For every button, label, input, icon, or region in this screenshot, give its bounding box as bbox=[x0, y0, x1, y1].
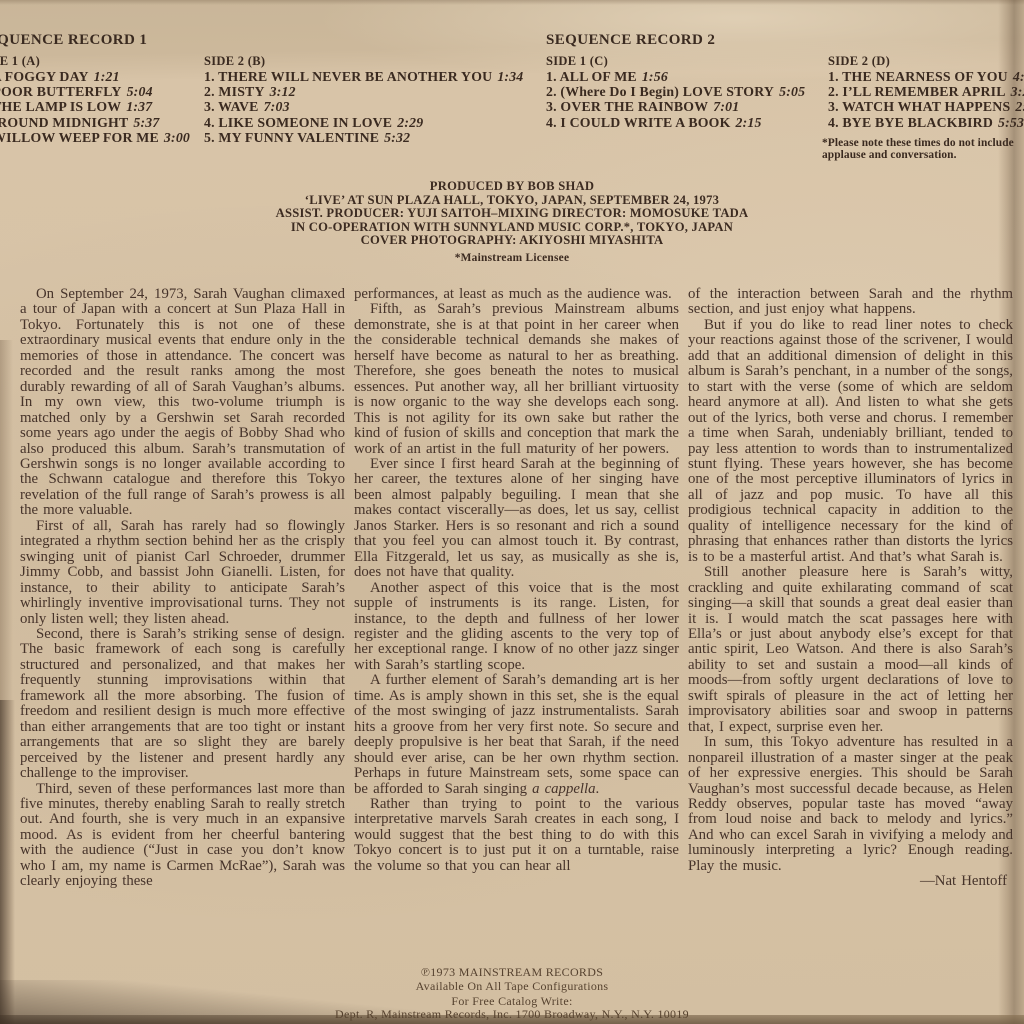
paragraph: Second, there is Sarah’s striking sense … bbox=[20, 627, 345, 782]
track-title: 3. WATCH WHAT HAPPENS bbox=[828, 99, 1010, 114]
track-title: 3. THE LAMP IS LOW bbox=[0, 99, 121, 114]
track-title: 1. A FOGGY DAY bbox=[0, 69, 89, 84]
paragraph: Ever since I first heard Sarah at the be… bbox=[354, 457, 679, 581]
track-title: 4. BYE BYE BLACKBIRD bbox=[828, 115, 993, 130]
paragraph: A further element of Sarah’s demanding a… bbox=[354, 673, 679, 797]
times-footnote: *Please note these times do not include … bbox=[822, 137, 1024, 162]
track-row: 2. MISTY3:12 bbox=[204, 84, 523, 99]
paragraph: Fifth, as Sarah’s previous Mainstream al… bbox=[354, 302, 679, 457]
track-row: 4. LIKE SOMEONE IN LOVE2:29 bbox=[204, 115, 523, 130]
credit-line: COVER PHOTOGRAPHY: AKIYOSHI MIYASHITA bbox=[0, 234, 1024, 248]
track-row: 1. ALL OF ME1:56 bbox=[546, 69, 805, 84]
track-row: 1. A FOGGY DAY1:21 bbox=[0, 69, 190, 84]
sleeve-top-crease bbox=[0, 0, 1024, 5]
sleeve-left-edge-shadow bbox=[0, 340, 13, 700]
track-row: 4. BYE BYE BLACKBIRD5:53 bbox=[828, 115, 1024, 130]
track-row: 3. WATCH WHAT HAPPENS2:5 bbox=[828, 99, 1024, 114]
track-time: 5:04 bbox=[127, 84, 153, 99]
track-time: 2:29 bbox=[397, 115, 423, 130]
paragraph: But if you do like to read liner notes t… bbox=[688, 318, 1013, 565]
production-credits: PRODUCED BY BOB SHAD ‘LIVE’ AT SUN PLAZA… bbox=[0, 180, 1024, 266]
tracklist-record2-side-d: SIDE 2 (D) 1. THE NEARNESS OF YOU4:2 2. … bbox=[828, 54, 1024, 162]
track-row: 4. I COULD WRITE A BOOK2:15 bbox=[546, 115, 805, 130]
tape-configurations-line: Available On All Tape Configurations bbox=[0, 980, 1024, 994]
liner-notes-column-1: On September 24, 1973, Sarah Vaughan cli… bbox=[20, 287, 345, 890]
track-row: 2. (Where Do I Begin) LOVE STORY5:05 bbox=[546, 84, 805, 99]
track-time: 1:21 bbox=[94, 69, 120, 84]
author-signature: —Nat Hentoff bbox=[688, 874, 1013, 889]
side-a-label: SIDE 1 (A) bbox=[0, 54, 190, 68]
liner-notes-column-3: of the interaction between Sarah and the… bbox=[688, 287, 1013, 890]
track-row: 3. WAVE7:03 bbox=[204, 99, 523, 114]
track-title: 2. I’LL REMEMBER APRIL bbox=[828, 84, 1006, 99]
track-title: 2. MISTY bbox=[204, 84, 265, 99]
paragraph: On September 24, 1973, Sarah Vaughan cli… bbox=[20, 287, 345, 519]
track-title: 5. WILLOW WEEP FOR ME bbox=[0, 130, 159, 145]
italic-phrase: a cappella bbox=[532, 781, 595, 797]
track-time: 1:56 bbox=[642, 69, 668, 84]
track-row: 3. OVER THE RAINBOW7:01 bbox=[546, 99, 805, 114]
credit-line: IN CO-OPERATION WITH SUNNYLAND MUSIC COR… bbox=[0, 221, 1024, 235]
track-time: 3:00 bbox=[164, 130, 190, 145]
paragraph: Another aspect of this voice that is the… bbox=[354, 581, 679, 674]
record1-title: SEQUENCE RECORD 1 bbox=[0, 32, 190, 48]
paragraph: performances, at least as much as the au… bbox=[354, 287, 679, 302]
track-title: 3. WAVE bbox=[204, 99, 259, 114]
track-title: 4. I COULD WRITE A BOOK bbox=[546, 115, 731, 130]
track-time: 1:37 bbox=[126, 99, 152, 114]
track-title: 2. (Where Do I Begin) LOVE STORY bbox=[546, 84, 774, 99]
track-time: 7:03 bbox=[264, 99, 290, 114]
address-line: Dept. R, Mainstream Records, Inc. 1700 B… bbox=[0, 1008, 1024, 1022]
credit-line: PRODUCED BY BOB SHAD bbox=[0, 180, 1024, 194]
track-time: 5:53 bbox=[998, 115, 1024, 130]
track-time: 2:15 bbox=[736, 115, 762, 130]
track-title: 4. ’ROUND MIDNIGHT bbox=[0, 115, 128, 130]
side-d-label: SIDE 2 (D) bbox=[828, 54, 1024, 68]
track-title: 2. POOR BUTTERFLY bbox=[0, 84, 122, 99]
track-row: 5. MY FUNNY VALENTINE5:32 bbox=[204, 130, 523, 145]
record2-title: SEQUENCE RECORD 2 bbox=[546, 32, 805, 48]
track-time: 3:2 bbox=[1011, 84, 1024, 99]
liner-notes-column-2: performances, at least as much as the au… bbox=[354, 287, 679, 890]
track-time: 1:34 bbox=[497, 69, 523, 84]
track-title: 4. LIKE SOMEONE IN LOVE bbox=[204, 115, 392, 130]
paragraph: Rather than trying to point to the vario… bbox=[354, 797, 679, 874]
track-time: 7:01 bbox=[713, 99, 739, 114]
side-b-label: SIDE 2 (B) bbox=[204, 54, 523, 68]
paragraph: Third, seven of these performances last … bbox=[20, 782, 345, 890]
catalog-line: For Free Catalog Write: bbox=[0, 995, 1024, 1009]
track-row: 4. ’ROUND MIDNIGHT5:37 bbox=[0, 115, 190, 130]
track-row: 1. THE NEARNESS OF YOU4:2 bbox=[828, 69, 1024, 84]
track-row: 2. POOR BUTTERFLY5:04 bbox=[0, 84, 190, 99]
liner-notes: On September 24, 1973, Sarah Vaughan cli… bbox=[20, 287, 1013, 890]
album-back-cover: { "tracklists": { "record1": { "title": … bbox=[0, 0, 1024, 1024]
paragraph: In sum, this Tokyo adventure has resulte… bbox=[688, 735, 1013, 874]
track-time: 5:32 bbox=[384, 130, 410, 145]
track-title: 1. THE NEARNESS OF YOU bbox=[828, 69, 1008, 84]
track-row: 5. WILLOW WEEP FOR ME3:00 bbox=[0, 130, 190, 145]
tracklist-record1-side-b: SIDE 2 (B) 1. THERE WILL NEVER BE ANOTHE… bbox=[204, 54, 523, 145]
credit-line: ASSIST. PRODUCER: YUJI SAITOH–MIXING DIR… bbox=[0, 207, 1024, 221]
paragraph: of the interaction between Sarah and the… bbox=[688, 287, 1013, 318]
track-time: 5:05 bbox=[779, 84, 805, 99]
track-title: 1. ALL OF ME bbox=[546, 69, 637, 84]
label-footer: ℗1973 MAINSTREAM RECORDS Available On Al… bbox=[0, 966, 1024, 1022]
track-row: 3. THE LAMP IS LOW1:37 bbox=[0, 99, 190, 114]
tracklist-record2-side-c: SEQUENCE RECORD 2 SIDE 1 (C) 1. ALL OF M… bbox=[546, 32, 805, 130]
credit-line: ‘LIVE’ AT SUN PLAZA HALL, TOKYO, JAPAN, … bbox=[0, 194, 1024, 208]
paragraph: First of all, Sarah has rarely had so fl… bbox=[20, 519, 345, 627]
track-time: 5:37 bbox=[133, 115, 159, 130]
paragraph: Still another pleasure here is Sarah’s w… bbox=[688, 565, 1013, 735]
track-row: 2. I’LL REMEMBER APRIL3:2 bbox=[828, 84, 1024, 99]
track-row: 1. THERE WILL NEVER BE ANOTHER YOU1:34 bbox=[204, 69, 523, 84]
track-time: 3:12 bbox=[270, 84, 296, 99]
tracklist-record1-side-a: SEQUENCE RECORD 1 SIDE 1 (A) 1. A FOGGY … bbox=[0, 32, 190, 145]
track-title: 3. OVER THE RAINBOW bbox=[546, 99, 708, 114]
track-time: 4:2 bbox=[1013, 69, 1024, 84]
copyright-line: ℗1973 MAINSTREAM RECORDS bbox=[0, 966, 1024, 980]
track-time: 2:5 bbox=[1015, 99, 1024, 114]
track-title: 1. THERE WILL NEVER BE ANOTHER YOU bbox=[204, 69, 492, 84]
licensee-footnote: *Mainstream Licensee bbox=[0, 252, 1024, 266]
track-title: 5. MY FUNNY VALENTINE bbox=[204, 130, 379, 145]
side-c-label: SIDE 1 (C) bbox=[546, 54, 805, 68]
